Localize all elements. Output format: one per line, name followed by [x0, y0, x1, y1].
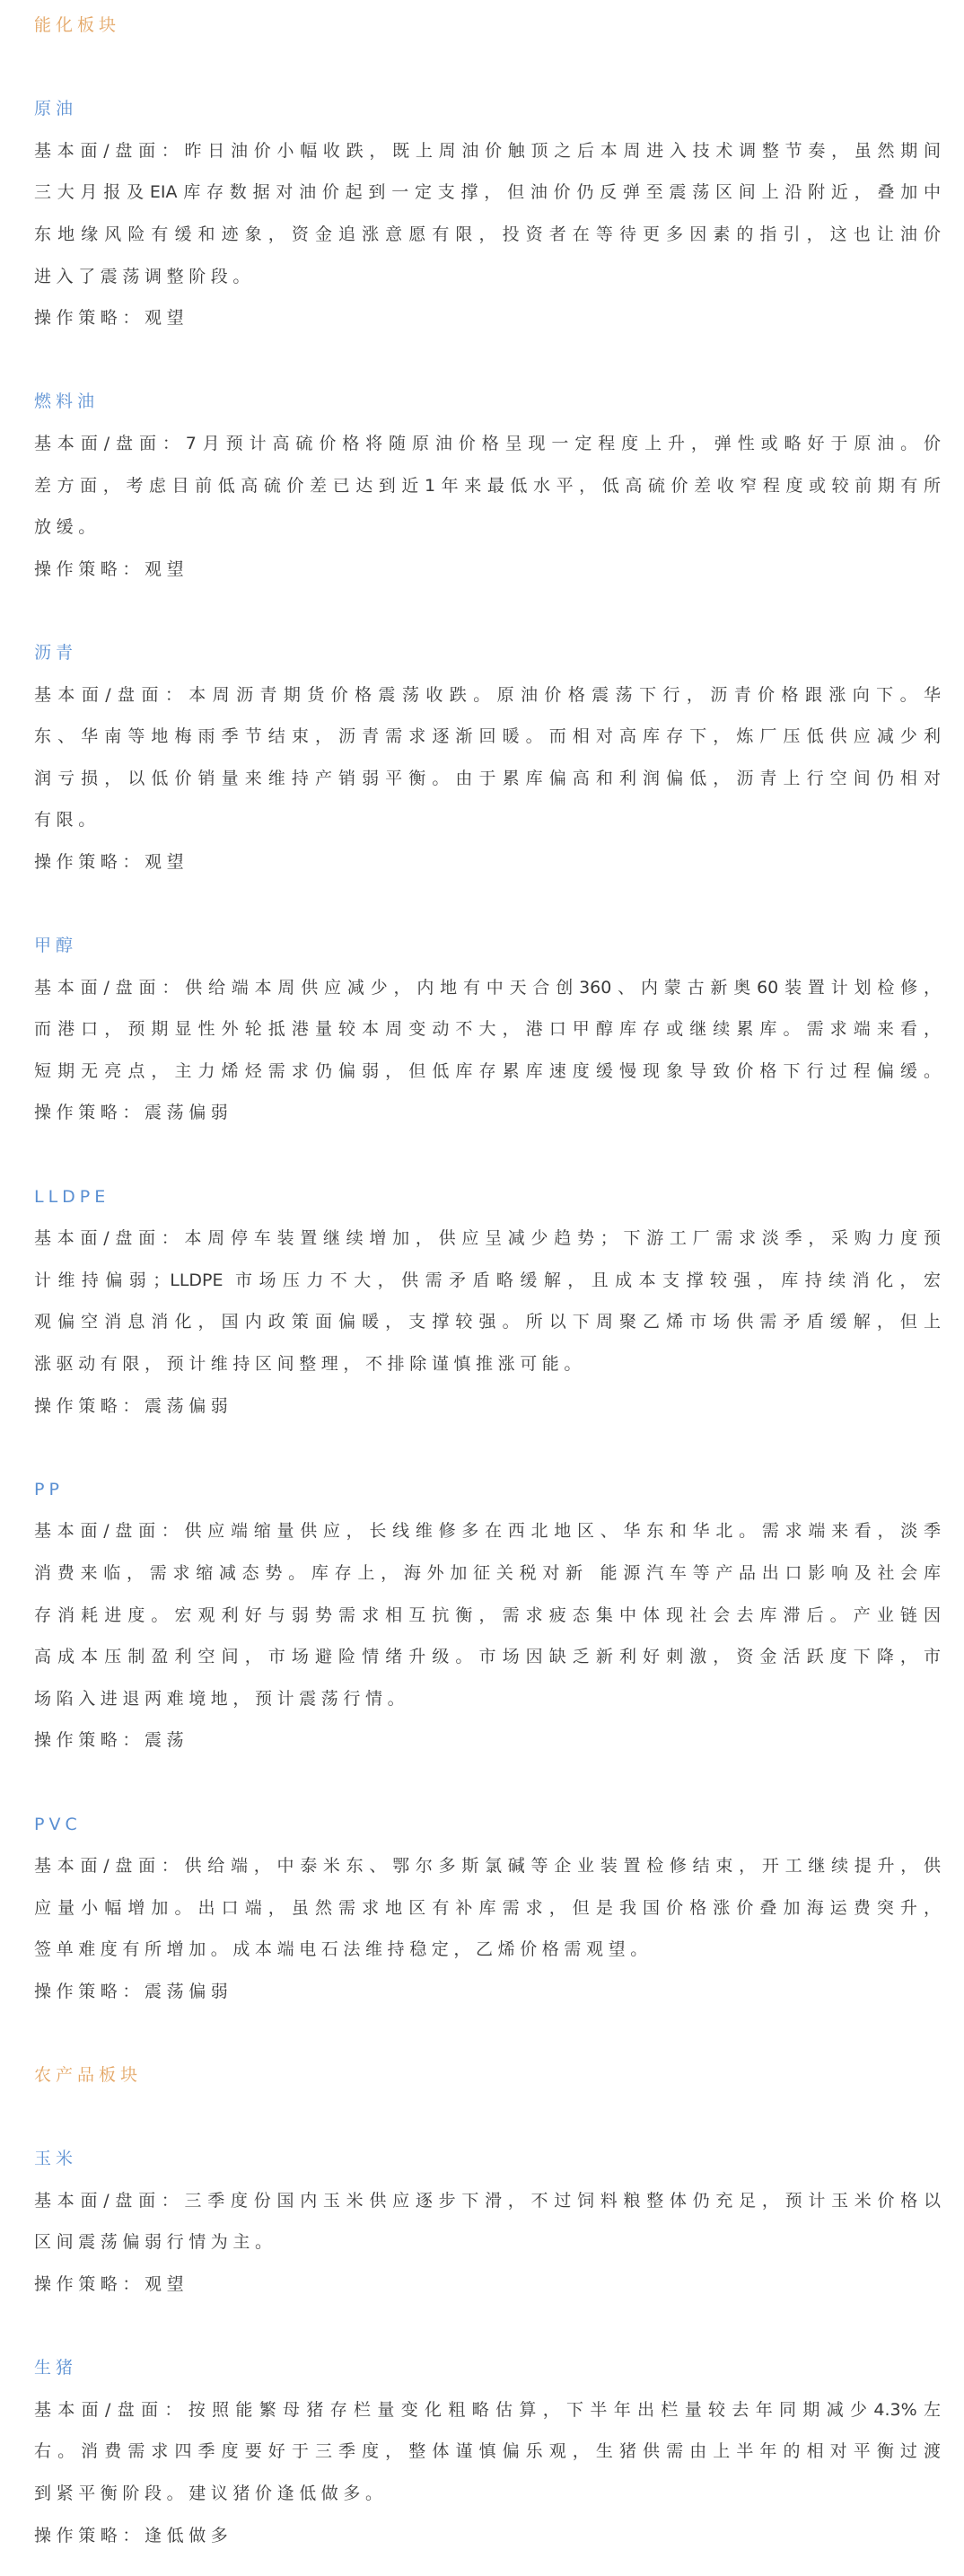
item-asphalt: 沥青 基本面/盘面：本周沥青期货价格震荡收跌。原油价格震荡下行，沥青价格跟涨向下…: [34, 632, 941, 884]
item-body-line: 涨驱动有限，预计维持区间整理，不排除谨慎推涨可能。: [34, 1343, 941, 1385]
item-body-line: 进入了震荡调整阶段。: [34, 256, 941, 298]
item-body-line: 润亏损，以低价销量来维持产销弱平衡。由于累库偏高和利润偏低，沥青上行空间仍相对: [34, 758, 941, 800]
item-pp: PP 基本面/盘面：供应端缩量供应，长线维修多在西北地区、华东和华北。需求端来看…: [34, 1469, 941, 1762]
item-strategy: 操作策略：震荡偏弱: [34, 1092, 941, 1134]
item-body-line: 区间震荡偏弱行情为主。: [34, 2221, 941, 2264]
item-body-line: 到紧平衡阶段。建议猪价逢低做多。: [34, 2473, 941, 2515]
item-crude-oil: 原油 基本面/盘面：昨日油价小幅收跌，既上周油价触顶之后本周进入技术调整节奏，虽…: [34, 88, 941, 339]
item-strategy: 操作策略：观望: [34, 2264, 941, 2306]
item-body-line: 应量小幅增加。出口端，虽然需求地区有补库需求，但是我国价格涨价叠加海运费突升，: [34, 1887, 941, 1930]
item-body-line: 观偏空消息消化，国内政策面偏暖，支撑较强。所以下周聚乙烯市场供需矛盾缓解，但上: [34, 1301, 941, 1343]
item-body-line: 高成本压制盈利空间，市场避险情绪升级。市场因缺乏新利好刺激，资金活跃度下降，市: [34, 1636, 941, 1678]
item-body-line: 基本面/盘面：供应端缩量供应，长线维修多在西北地区、华东和华北。需求端来看，淡季: [34, 1510, 941, 1552]
spacer: [34, 2013, 941, 2055]
item-body-line: 三大月报及EIA库存数据对油价起到一定支撑，但油价仍反弹至震荡区间上沿附近，叠加…: [34, 171, 941, 214]
spacer: [34, 1427, 941, 1469]
item-title: 燃料油: [34, 381, 941, 423]
section-title-energy-chemical: 能化板块: [34, 4, 941, 47]
item-title: 沥青: [34, 632, 941, 674]
item-body-line: 差方面，考虑目前低高硫价差已达到近1年来最低水平，低高硫价差收窄程度或较前期有所: [34, 465, 941, 507]
item-body-line: 而港口，预期显性外轮抵港量较本周变动不大，港口甲醇库存或继续累库。需求端来看，: [34, 1008, 941, 1051]
item-strategy: 操作策略：震荡: [34, 1719, 941, 1762]
item-title: 生猪: [34, 2347, 941, 2389]
report-page: 能化板块 原油 基本面/盘面：昨日油价小幅收跌，既上周油价触顶之后本周进入技术调…: [0, 0, 964, 2556]
item-body-line: 东、华南等地梅雨季节结束，沥青需求逐渐回暖。而相对高库存下，炼厂压低供应减少利: [34, 716, 941, 758]
spacer: [34, 883, 941, 925]
item-fuel-oil: 燃料油 基本面/盘面：7月预计高硫价格将随原油价格呈现一定程度上升，弹性或略好于…: [34, 381, 941, 590]
item-live-hog: 生猪 基本面/盘面：按照能繁母猪存栏量变化粗略估算，下半年出栏量较去年同期减少4…: [34, 2347, 941, 2556]
item-body-line: 右。消费需求四季度要好于三季度，整体谨慎偏乐观，生猪供需由上半年的相对平衡过渡: [34, 2431, 941, 2473]
item-body-line: 东地缘风险有缓和迹象，资金追涨意愿有限，投资者在等待更多因素的指引，这也让油价: [34, 214, 941, 256]
item-title: PP: [34, 1469, 941, 1511]
item-body-line: 场陷入进退两难境地，预计震荡行情。: [34, 1678, 941, 1720]
item-strategy: 操作策略：震荡偏弱: [34, 1385, 941, 1428]
item-title: PVC: [34, 1804, 941, 1846]
item-methanol: 甲醇 基本面/盘面：供给端本周供应减少，内地有中天合创360、内蒙古新奥60装置…: [34, 925, 941, 1134]
item-strategy: 操作策略：观望: [34, 549, 941, 591]
item-title: 原油: [34, 88, 941, 130]
item-title: 玉米: [34, 2138, 941, 2180]
item-body-line: 基本面/盘面：本周沥青期货价格震荡收跌。原油价格震荡下行，沥青价格跟涨向下。华: [34, 674, 941, 717]
item-body-line: 签单难度有所增加。成本端电石法维持稳定，乙烯价格需观望。: [34, 1929, 941, 1971]
section-title-agriculture: 农产品板块: [34, 2054, 941, 2097]
spacer: [34, 1134, 941, 1176]
item-body-line: 基本面/盘面：按照能繁母猪存栏量变化粗略估算，下半年出栏量较去年同期减少4.3%…: [34, 2389, 941, 2431]
item-lldpe: LLDPE 基本面/盘面：本周停车装置继续增加，供应呈减少趋势；下游工厂需求淡季…: [34, 1176, 941, 1428]
spacer: [34, 590, 941, 632]
item-strategy: 操作策略：观望: [34, 297, 941, 339]
item-strategy: 操作策略：逢低做多: [34, 2515, 941, 2557]
item-body-line: 放缓。: [34, 506, 941, 549]
item-strategy: 操作策略：震荡偏弱: [34, 1971, 941, 2013]
item-body-line: 计维持偏弱；LLDPE 市场压力不大，供需矛盾略缓解，且成本支撑较强，库持续消化…: [34, 1260, 941, 1302]
item-title: 甲醇: [34, 925, 941, 967]
item-body-line: 基本面/盘面：供给端，中泰米东、鄂尔多斯氯碱等企业装置检修结束，开工继续提升，供: [34, 1845, 941, 1887]
spacer: [34, 2306, 941, 2348]
item-body-line: 消费来临，需求缩减态势。库存上，海外加征关税对新 能源汽车等产品出口影响及社会库: [34, 1552, 941, 1595]
item-corn: 玉米 基本面/盘面：三季度份国内玉米供应逐步下滑，不过饲料粮整体仍充足，预计玉米…: [34, 2138, 941, 2305]
item-body-line: 存消耗进度。宏观利好与弱势需求相互抗衡，需求疲态集中体现社会去库滞后。产业链因: [34, 1595, 941, 1637]
item-title: LLDPE: [34, 1176, 941, 1218]
item-body-line: 基本面/盘面：7月预计高硫价格将随原油价格呈现一定程度上升，弹性或略好于原油。价: [34, 423, 941, 465]
item-body-line: 短期无亮点，主力烯烃需求仍偏弱，但低库存累库速度缓慢现象导致价格下行过程偏缓。: [34, 1051, 941, 1093]
item-body-line: 基本面/盘面：三季度份国内玉米供应逐步下滑，不过饲料粮整体仍充足，预计玉米价格以: [34, 2180, 941, 2222]
item-strategy: 操作策略：观望: [34, 841, 941, 884]
spacer: [34, 1762, 941, 1804]
item-pvc: PVC 基本面/盘面：供给端，中泰米东、鄂尔多斯氯碱等企业装置检修结束，开工继续…: [34, 1804, 941, 2013]
item-body-line: 基本面/盘面：昨日油价小幅收跌，既上周油价触顶之后本周进入技术调整节奏，虽然期间: [34, 130, 941, 172]
item-body-line: 基本面/盘面：供给端本周供应减少，内地有中天合创360、内蒙古新奥60装置计划检…: [34, 967, 941, 1009]
spacer: [34, 2097, 941, 2139]
item-body-line: 基本面/盘面：本周停车装置继续增加，供应呈减少趋势；下游工厂需求淡季，采购力度预: [34, 1218, 941, 1260]
spacer: [34, 47, 941, 89]
spacer: [34, 339, 941, 382]
item-body-line: 有限。: [34, 799, 941, 841]
